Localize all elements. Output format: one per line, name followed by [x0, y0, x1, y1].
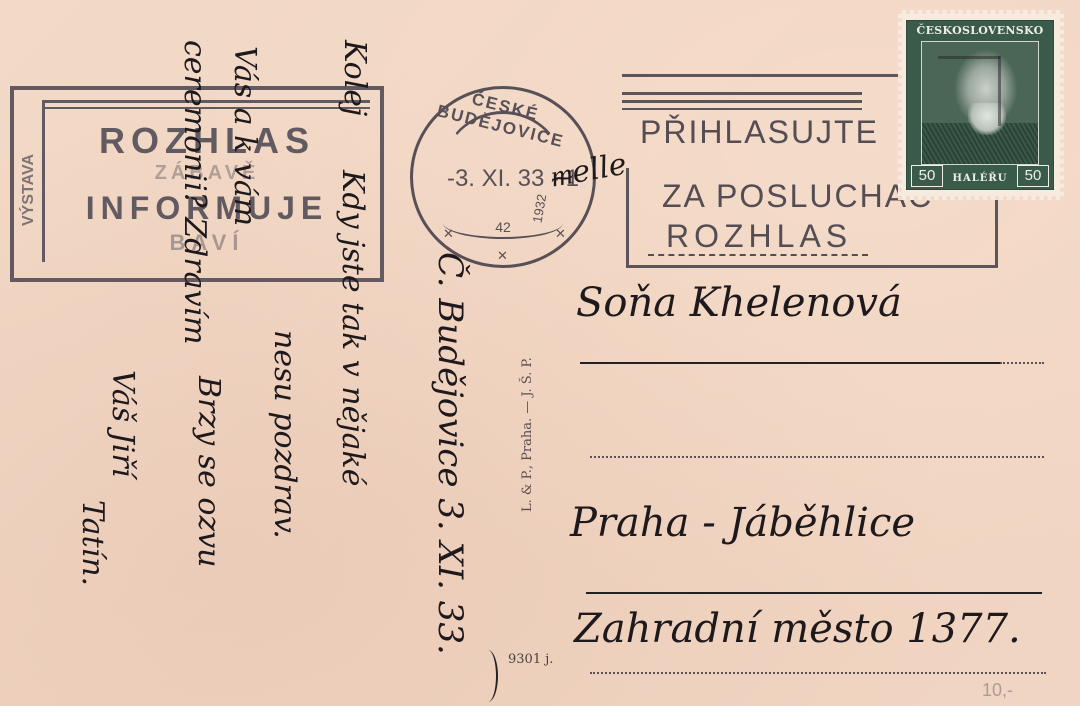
pencil-price-note: 10,- [982, 680, 1013, 701]
address-underline [580, 362, 1000, 364]
portrait-icon [921, 41, 1039, 165]
message-signature: Tatín. [75, 500, 110, 586]
message-place-date: Č. Budějovice 3. XI. 33. [430, 252, 470, 655]
message-signature: Váš Jiří [105, 370, 140, 477]
postage-stamp: ČESKOSLOVENSKO 50 HALÉŘU 50 [898, 10, 1064, 200]
stamp-value: 50 [1017, 165, 1049, 187]
cancel-underline [648, 254, 868, 256]
stamp-design: ČESKOSLOVENSKO 50 HALÉŘU 50 [906, 20, 1054, 190]
margin-bracket [478, 650, 498, 702]
cancel-slogan-line: ZA POSLUCHAČ [662, 178, 933, 215]
cancel-slogan-line: PŘIHLASUJTE [640, 114, 879, 151]
message-line: Kdy jste tak v nějaké [335, 170, 370, 486]
star-icon: ✕ [443, 227, 454, 242]
cancel-slogan-line: ROZHLAS [666, 218, 852, 255]
stamp-cancel-mark [998, 56, 1001, 126]
address-line-dotted [590, 456, 1044, 458]
address-line-dotted [590, 672, 1046, 674]
stamp-country: ČESKOSLOVENSKO [907, 24, 1053, 37]
cancel-wavy-line [622, 100, 862, 103]
address-line-dotted [1000, 362, 1044, 364]
message-line: Vás a k vám [227, 46, 262, 226]
address-underline [586, 592, 1042, 594]
recipient-city: Praha - Jáběhlice [570, 500, 915, 546]
postcard: VÝSTAVA ROZHLAS ZÁBAVĚ INFORMUJE BAVÍ ČE… [0, 0, 1080, 706]
star-icon: ✕ [497, 249, 508, 264]
recipient-street: Zahradní město 1377. [574, 606, 1021, 652]
stamp-cancel-mark [938, 56, 1000, 59]
message-line: Kolej [337, 40, 372, 116]
message-line: nesu pozdrav. [267, 330, 302, 539]
message-line: ceremonii? Zdravím [177, 40, 212, 345]
cancel-wavy-line [622, 92, 862, 95]
postmark-office-code: 42 [413, 219, 593, 235]
message-line: Brzy se ozvu [191, 376, 226, 568]
cancel-side-mark: VÝSTAVA [20, 110, 42, 270]
recipient-name: Soňa Khelenová [576, 280, 902, 326]
star-icon: ✕ [555, 227, 566, 242]
cancel-line [42, 100, 45, 262]
printer-credit: L. & P., Praha. — J. Š. P. [520, 357, 535, 512]
cancel-wavy-line [622, 108, 862, 110]
card-number: 9301 j. [508, 652, 553, 667]
